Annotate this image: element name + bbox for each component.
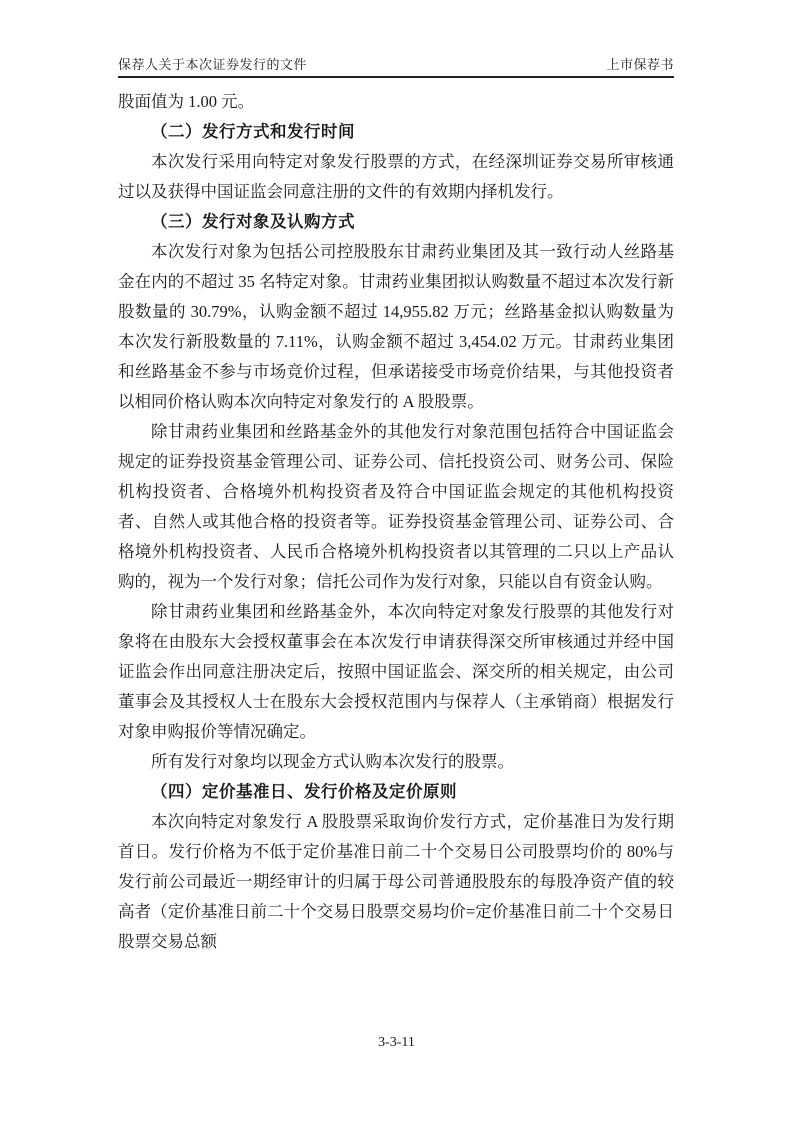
document-page: 保荐人关于本次证券发行的文件 上市保荐书 股面值为 1.00 元。 （二）发行方… xyxy=(0,0,793,1122)
paragraph: 所有发行对象均以现金方式认购本次发行的股票。 xyxy=(118,747,674,777)
paragraph: 除甘肃药业集团和丝路基金外的其他发行对象范围包括符合中国证监会规定的证券投资基金… xyxy=(118,417,674,597)
paragraph: 除甘肃药业集团和丝路基金外，本次向特定对象发行股票的其他发行对象将在由股东大会授… xyxy=(118,597,674,747)
paragraph: 本次发行对象为包括公司控股股东甘肃药业集团及其一致行动人丝路基金在内的不超过 3… xyxy=(118,237,674,417)
page-footer: 3-3-11 xyxy=(0,1035,793,1051)
paragraph: 本次发行采用向特定对象发行股票的方式，在经深圳证券交易所审核通过以及获得中国证监… xyxy=(118,147,674,207)
section-heading-4: （四）定价基准日、发行价格及定价原则 xyxy=(118,777,674,807)
header-left-title: 保荐人关于本次证券发行的文件 xyxy=(118,54,307,73)
document-body: 股面值为 1.00 元。 （二）发行方式和发行时间 本次发行采用向特定对象发行股… xyxy=(118,87,674,957)
page-number: 3-3-11 xyxy=(378,1035,415,1050)
page-header: 保荐人关于本次证券发行的文件 上市保荐书 xyxy=(118,54,674,78)
section-heading-2: （二）发行方式和发行时间 xyxy=(118,117,674,147)
paragraph: 本次向特定对象发行 A 股股票采取询价发行方式，定价基准日为发行期首日。发行价格… xyxy=(118,807,674,957)
paragraph-continuation: 股面值为 1.00 元。 xyxy=(118,87,674,117)
section-heading-3: （三）发行对象及认购方式 xyxy=(118,207,674,237)
header-right-title: 上市保荐书 xyxy=(606,54,674,73)
